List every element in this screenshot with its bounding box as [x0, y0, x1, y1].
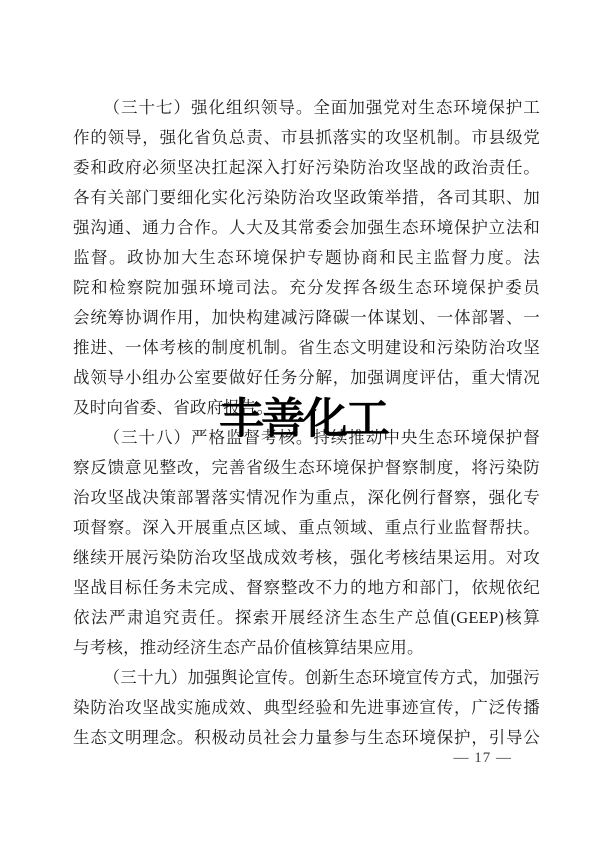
para-37: （三十七）强化组织领导。全面加强党对生态环境保护工作的领导，强化省负总责、市县抓…: [73, 93, 540, 423]
text-line: （三十七）强化组织领导。全面加强党对生态环境保护工: [73, 93, 540, 123]
text-line: 染防治攻坚战实施成效、典型经验和先进事迹宣传，广泛传播: [73, 693, 540, 723]
text-line: 战领导小组办公室要做好任务分解，加强调度评估，重大情况: [73, 363, 540, 393]
text-line: 强沟通、通力合作。人大及其常委会加强生态环境保护立法和: [73, 213, 540, 243]
text-line: 院和检察院加强环境司法。充分发挥各级生态环境保护委员: [73, 273, 540, 303]
para-38: （三十八）严格监督考核。持续推动中央生态环境保护督察反馈意见整改，完善省级生态环…: [73, 423, 540, 663]
text-line: 作的领导，强化省负总责、市县抓落实的攻坚机制。市县级党: [73, 123, 540, 153]
text-line: 委和政府必须坚决扛起深入打好污染防治攻坚战的政治责任。: [73, 153, 540, 183]
para-39: （三十九）加强舆论宣传。创新生态环境宣传方式，加强污染防治攻坚战实施成效、典型经…: [73, 663, 540, 753]
text-line: 继续开展污染防治攻坚战成效考核，强化考核结果运用。对攻: [73, 543, 540, 573]
text-line: 与考核，推动经济生态产品价值核算结果应用。: [73, 633, 540, 663]
text-line: 依法严肃追究责任。探索开展经济生态生产总值(GEEP)核算: [73, 603, 540, 633]
text-line: 会统筹协调作用，加快构建减污降碳一体谋划、一体部署、一体: [73, 303, 540, 333]
text-line: 各有关部门要细化实化污染防治攻坚政策举措，各司其职、加: [73, 183, 540, 213]
document-page: （三十七）强化组织领导。全面加强党对生态环境保护工作的领导，强化省负总责、市县抓…: [0, 0, 600, 848]
text-line: 察反馈意见整改，完善省级生态环境保护督察制度，将污染防: [73, 453, 540, 483]
text-line: 治攻坚战决策部署落实情况作为重点，深化例行督察，强化专: [73, 483, 540, 513]
text-line: （三十九）加强舆论宣传。创新生态环境宣传方式，加强污: [73, 663, 540, 693]
watermark-overlay-text: 丰善化工: [219, 396, 387, 442]
text-line: 坚战目标任务未完成、督察整改不力的地方和部门，依规依纪: [73, 573, 540, 603]
text-line: 项督察。深入开展重点区域、重点领域、重点行业监督帮扶。: [73, 513, 540, 543]
text-line: 推进、一体考核的制度机制。省生态文明建设和污染防治攻坚: [73, 333, 540, 363]
text-line: 监督。政协加大生态环境保护专题协商和民主监督力度。法: [73, 243, 540, 273]
page-footer: — 17 —: [0, 749, 512, 767]
page-number-display: — 17 —: [454, 750, 513, 766]
